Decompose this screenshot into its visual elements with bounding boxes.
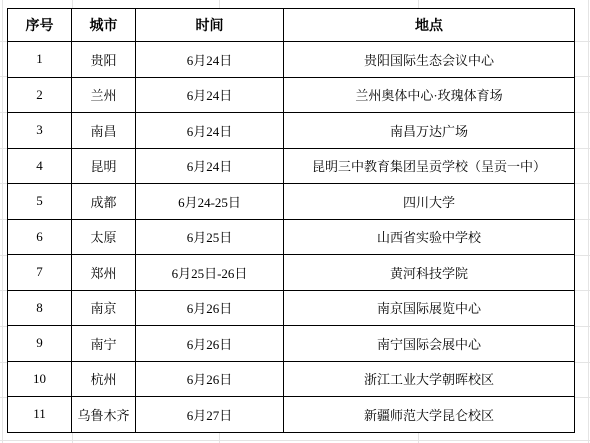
table-row: 9南宁6月26日南宁国际会展中心 [8,326,575,362]
table-cell: 南京国际展览中心 [284,290,575,326]
table-row: 7郑州6月25日-26日黄河科技学院 [8,255,575,291]
table-cell: 6月24-25日 [136,184,284,220]
table-row: 11乌鲁木齐6月27日新疆师范大学昆仑校区 [8,397,575,433]
table-cell: 昆明三中教育集团呈贡学校（呈贡一中） [284,148,575,184]
faint-gridline-vertical [588,0,589,443]
table-cell: 6月24日 [136,148,284,184]
table-cell: 1 [8,42,72,78]
table-cell: 新疆师范大学昆仑校区 [284,397,575,433]
faint-gridline-horizontal [0,440,590,441]
table-cell: 8 [8,290,72,326]
table-cell: 南京 [72,290,136,326]
table-body: 1贵阳6月24日贵阳国际生态会议中心2兰州6月24日兰州奥体中心·玫瑰体育场3南… [8,42,575,433]
table-header: 序号城市时间地点 [8,9,575,42]
header-row: 序号城市时间地点 [8,9,575,42]
table-cell: 10 [8,361,72,397]
table-cell: 2 [8,77,72,113]
table-cell: 黄河科技学院 [284,255,575,291]
table-cell: 山西省实验中学校 [284,219,575,255]
table-cell: 南宁 [72,326,136,362]
column-header: 序号 [8,9,72,42]
spreadsheet-page: 序号城市时间地点 1贵阳6月24日贵阳国际生态会议中心2兰州6月24日兰州奥体中… [0,0,590,443]
table-row: 8南京6月26日南京国际展览中心 [8,290,575,326]
table-cell: 6月25日 [136,219,284,255]
table-row: 2兰州6月24日兰州奥体中心·玫瑰体育场 [8,77,575,113]
table-row: 10杭州6月26日浙江工业大学朝晖校区 [8,361,575,397]
table-cell: 5 [8,184,72,220]
table-cell: 7 [8,255,72,291]
table-cell: 6 [8,219,72,255]
table-cell: 6月24日 [136,77,284,113]
column-header: 城市 [72,9,136,42]
column-header: 地点 [284,9,575,42]
table-cell: 南昌 [72,113,136,149]
table-cell: 兰州 [72,77,136,113]
table-cell: 贵阳国际生态会议中心 [284,42,575,78]
table-cell: 6月27日 [136,397,284,433]
table-cell: 太原 [72,219,136,255]
table-cell: 11 [8,397,72,433]
table-cell: 6月24日 [136,42,284,78]
table-cell: 浙江工业大学朝晖校区 [284,361,575,397]
table-cell: 兰州奥体中心·玫瑰体育场 [284,77,575,113]
table-cell: 四川大学 [284,184,575,220]
table-cell: 6月26日 [136,290,284,326]
table-row: 1贵阳6月24日贵阳国际生态会议中心 [8,42,575,78]
table-cell: 南昌万达广场 [284,113,575,149]
schedule-table: 序号城市时间地点 1贵阳6月24日贵阳国际生态会议中心2兰州6月24日兰州奥体中… [7,8,575,433]
column-header: 时间 [136,9,284,42]
table-cell: 杭州 [72,361,136,397]
table-row: 4昆明6月24日昆明三中教育集团呈贡学校（呈贡一中） [8,148,575,184]
table-cell: 6月26日 [136,361,284,397]
table-cell: 成都 [72,184,136,220]
faint-gridline-vertical [2,0,3,443]
table-cell: 郑州 [72,255,136,291]
table-cell: 6月26日 [136,326,284,362]
table-cell: 6月24日 [136,113,284,149]
table-cell: 南宁国际会展中心 [284,326,575,362]
table-cell: 4 [8,148,72,184]
table-row: 6太原6月25日山西省实验中学校 [8,219,575,255]
table-cell: 乌鲁木齐 [72,397,136,433]
table-cell: 6月25日-26日 [136,255,284,291]
table-row: 5成都6月24-25日四川大学 [8,184,575,220]
table-cell: 贵阳 [72,42,136,78]
table-row: 3南昌6月24日南昌万达广场 [8,113,575,149]
table-cell: 昆明 [72,148,136,184]
table-cell: 9 [8,326,72,362]
table-cell: 3 [8,113,72,149]
